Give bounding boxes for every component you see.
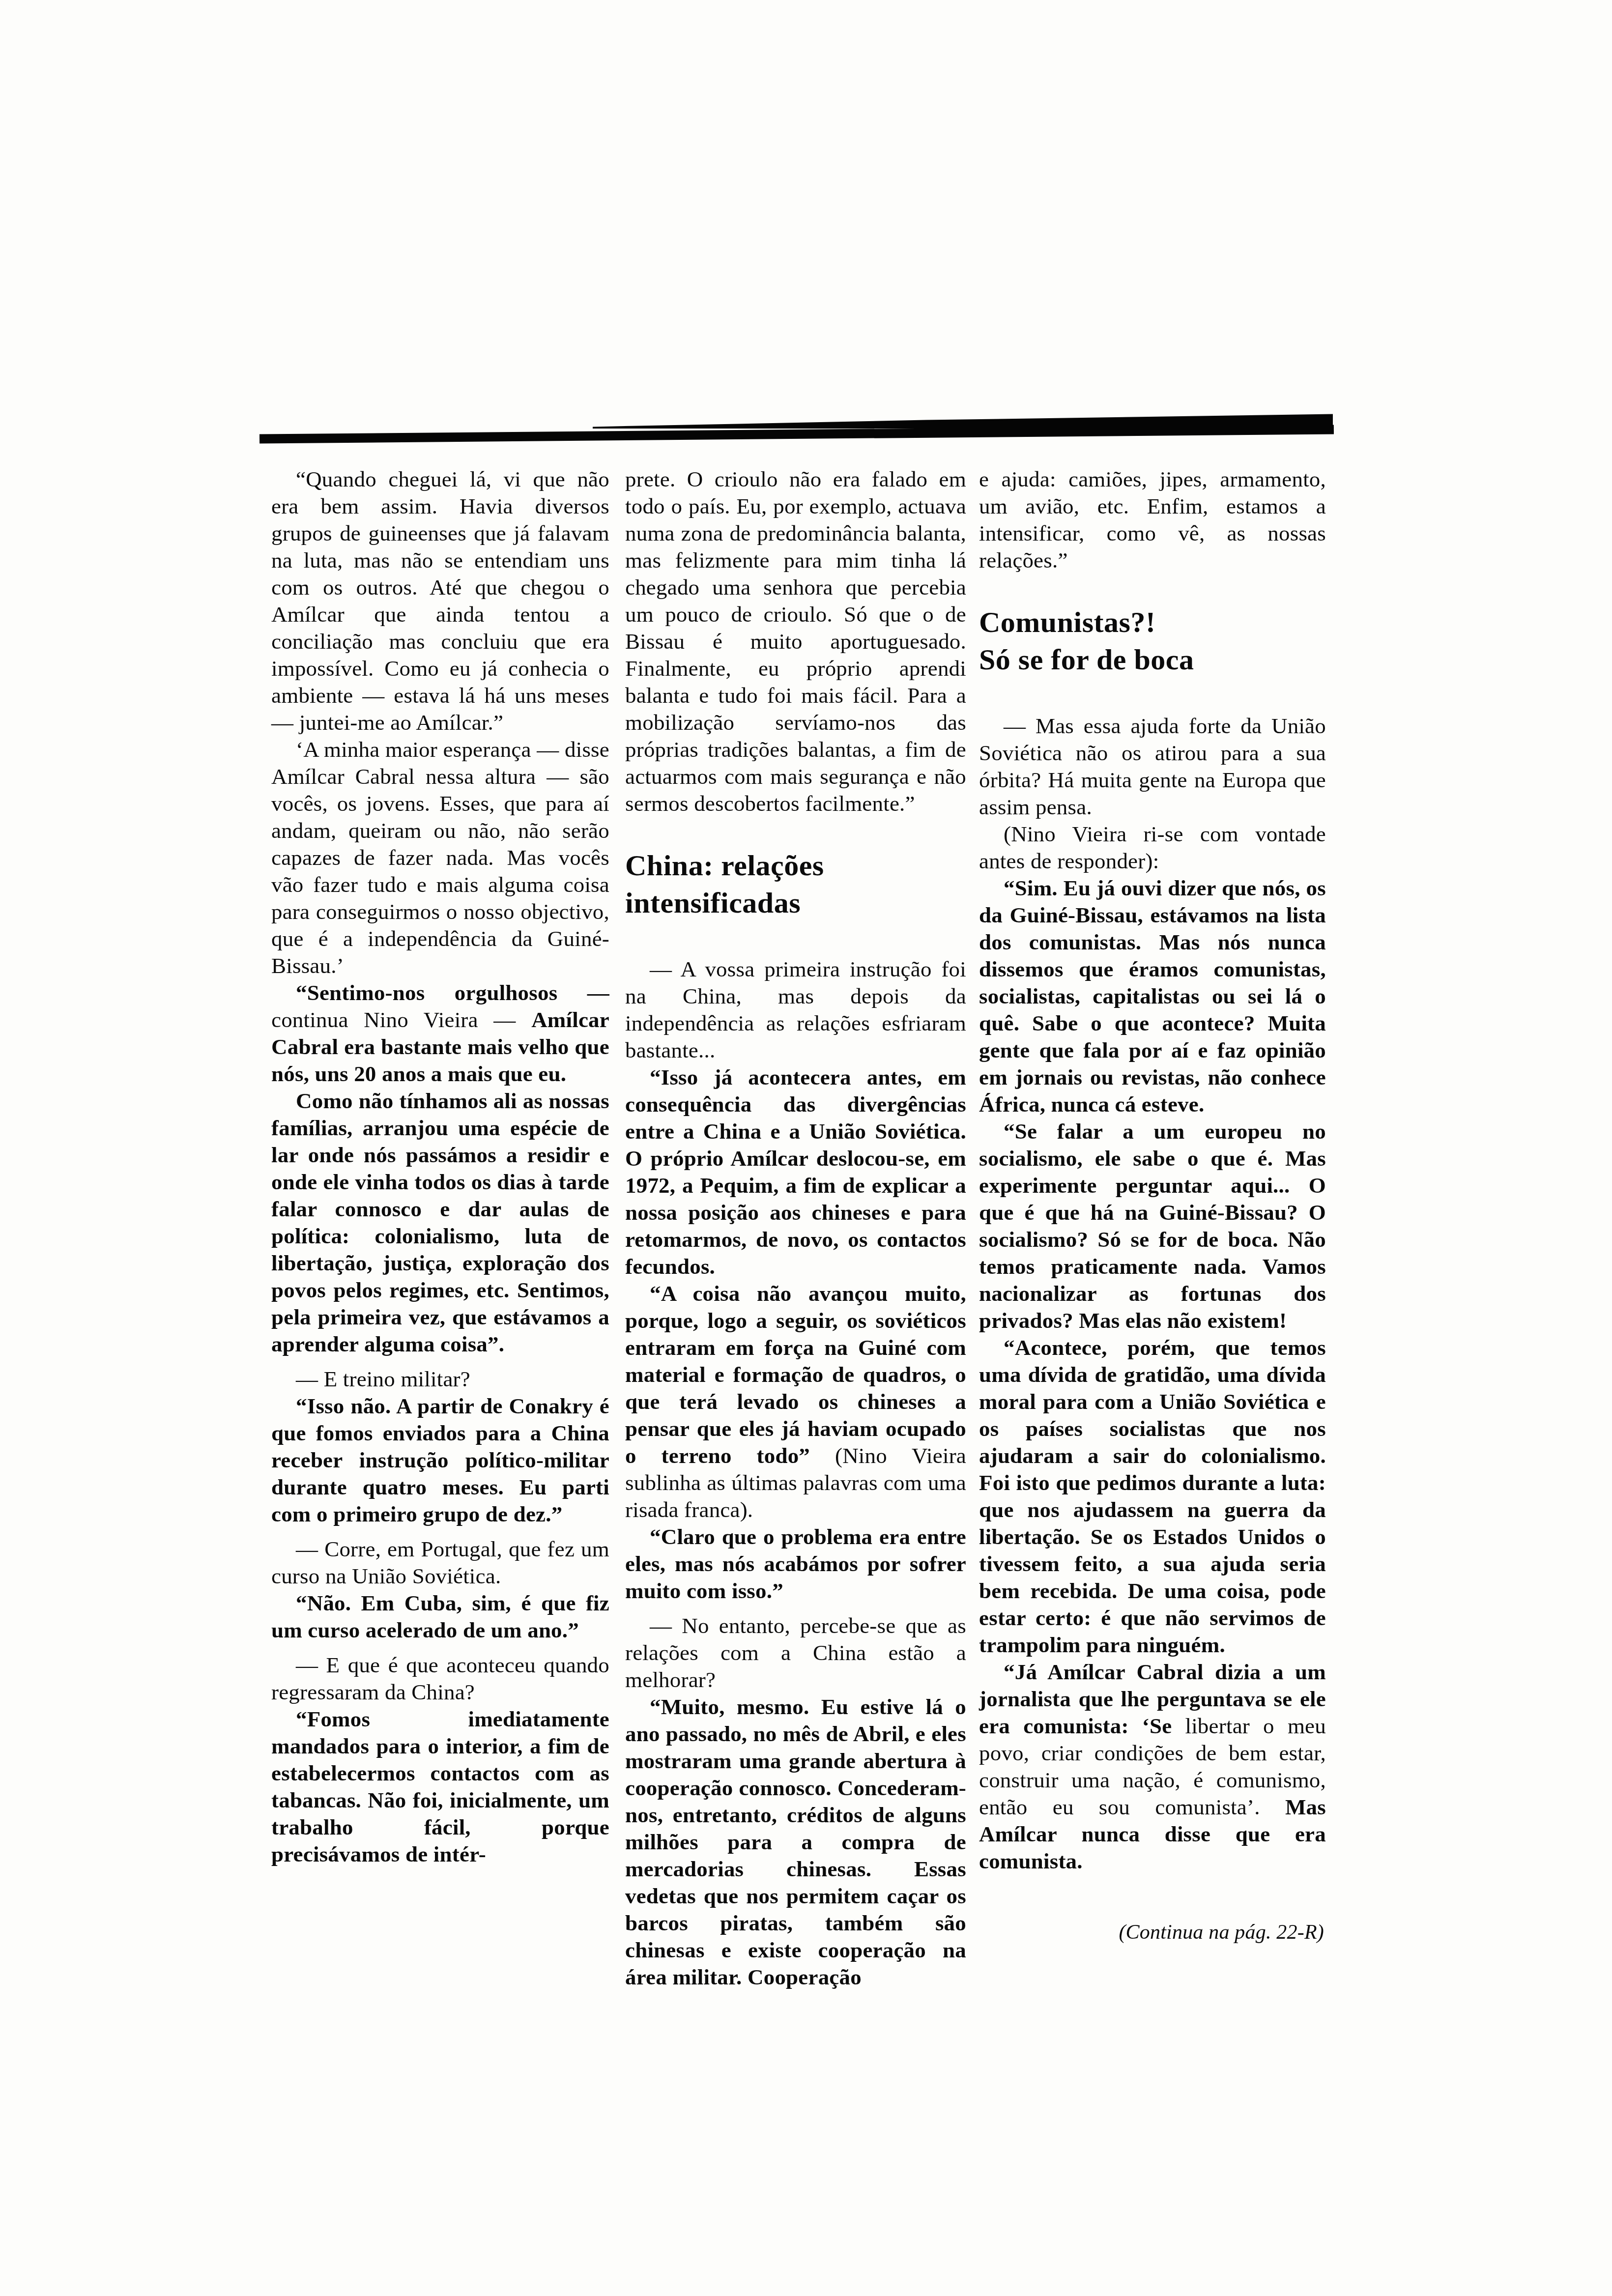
text-run: (Nino Vieira ri-se com vontade antes de … xyxy=(979,822,1326,873)
article-paragraph: “Fomos imediatamente mandados para o int… xyxy=(271,1706,609,1868)
text-run: “Sim. Eu já ouvi dizer que nós, os da Gu… xyxy=(979,876,1326,1117)
article-paragraph: “Acontece, porém, que temos uma dívida d… xyxy=(979,1334,1326,1659)
text-run: “Sentimo-nos orgulhosos — xyxy=(296,980,609,1005)
interview-question: — E que é que aconteceu quando regressar… xyxy=(271,1652,609,1706)
text-run: — Mas essa ajuda forte da União Soviétic… xyxy=(979,714,1326,819)
text-run: — No entanto, percebe-se que as relações… xyxy=(625,1613,966,1692)
article-paragraph: prete. O crioulo não era falado em todo … xyxy=(625,466,966,817)
text-run: Como não tínhamos ali as nossas famílias… xyxy=(271,1089,609,1356)
article-paragraph: ‘A minha maior esperança — disse Amílcar… xyxy=(271,736,609,979)
article-paragraph: “Se falar a um europeu no socialismo, el… xyxy=(979,1118,1326,1334)
text-run: — A vossa primeira instrução foi na Chin… xyxy=(625,957,966,1062)
text-run: e ajuda: camiões, jipes, armamento, um a… xyxy=(979,467,1326,573)
text-run: Comunistas?! Só se for de boca xyxy=(979,606,1194,676)
section-heading-china: China: relações intensificadas xyxy=(625,847,966,921)
newspaper-page: “Quando cheguei lá, vi que não era bem a… xyxy=(0,0,1612,2296)
text-run: — Corre, em Portugal, que fez um curso n… xyxy=(271,1537,609,1588)
article-column-2: prete. O crioulo não era falado em todo … xyxy=(625,466,966,1991)
interview-question: — No entanto, percebe-se que as relações… xyxy=(625,1612,966,1693)
text-run: “A coisa não avançou muito, porque, logo… xyxy=(625,1281,966,1468)
interview-question: — Corre, em Portugal, que fez um curso n… xyxy=(271,1536,609,1590)
text-run: “Quando cheguei lá, vi que não era bem a… xyxy=(271,467,609,735)
article-paragraph: “Quando cheguei lá, vi que não era bem a… xyxy=(271,466,609,736)
text-run: (Continua na pág. 22-R) xyxy=(1119,1921,1324,1944)
article-paragraph: “Não. Em Cuba, sim, é que fiz um curso a… xyxy=(271,1590,609,1644)
article-paragraph: Como não tínhamos ali as nossas famílias… xyxy=(271,1088,609,1358)
interview-question: — Mas essa ajuda forte da União Soviétic… xyxy=(979,713,1326,821)
text-run: China: relações intensificadas xyxy=(625,849,824,919)
continuation-note: (Continua na pág. 22-R) xyxy=(979,1919,1326,1946)
article-paragraph: “Isso não. A partir de Conakry é que fom… xyxy=(271,1393,609,1528)
interview-question: — A vossa primeira instrução foi na Chin… xyxy=(625,956,966,1064)
text-run: ‘A minha maior esperança — disse Amílcar… xyxy=(271,737,609,978)
text-run: continua Nino Vieira — xyxy=(271,1007,531,1032)
article-paragraph: “Isso já acontecera antes, em consequênc… xyxy=(625,1064,966,1280)
article-paragraph: “Claro que o problema era entre eles, ma… xyxy=(625,1523,966,1605)
text-run: “Isso não. A partir de Conakry é que fom… xyxy=(271,1394,609,1526)
article-paragraph: “Sentimo-nos orgulhosos — continua Nino … xyxy=(271,979,609,1088)
article-paragraph: (Nino Vieira ri-se com vontade antes de … xyxy=(979,821,1326,875)
text-run: prete. O crioulo não era falado em todo … xyxy=(625,467,966,816)
text-run: — E que é que aconteceu quando regressar… xyxy=(271,1653,609,1704)
text-run: — E treino militar? xyxy=(296,1367,470,1391)
article-column-3: e ajuda: camiões, jipes, armamento, um a… xyxy=(979,466,1326,1946)
text-run: “Claro que o problema era entre eles, ma… xyxy=(625,1524,966,1603)
text-run: “Se falar a um europeu no socialismo, el… xyxy=(979,1119,1326,1333)
article-paragraph: “Muito, mesmo. Eu estive lá o ano passad… xyxy=(625,1693,966,1991)
text-run: “Isso já acontecera antes, em consequênc… xyxy=(625,1065,966,1279)
section-heading-comunistas: Comunistas?! Só se for de boca xyxy=(979,603,1326,678)
article-column-1: “Quando cheguei lá, vi que não era bem a… xyxy=(271,466,609,1868)
text-run: “Fomos imediatamente mandados para o int… xyxy=(271,1707,609,1866)
article-paragraph: “A coisa não avançou muito, porque, logo… xyxy=(625,1280,966,1523)
interview-question: — E treino militar? xyxy=(271,1366,609,1393)
article-paragraph: “Sim. Eu já ouvi dizer que nós, os da Gu… xyxy=(979,875,1326,1118)
text-run: “Acontece, porém, que temos uma dívida d… xyxy=(979,1335,1326,1657)
article-paragraph: “Já Amílcar Cabral dizia a um jornalista… xyxy=(979,1659,1326,1875)
text-run: “Muito, mesmo. Eu estive lá o ano passad… xyxy=(625,1694,966,1989)
text-run: “Não. Em Cuba, sim, é que fiz um curso a… xyxy=(271,1591,609,1642)
article-paragraph: e ajuda: camiões, jipes, armamento, um a… xyxy=(979,466,1326,574)
